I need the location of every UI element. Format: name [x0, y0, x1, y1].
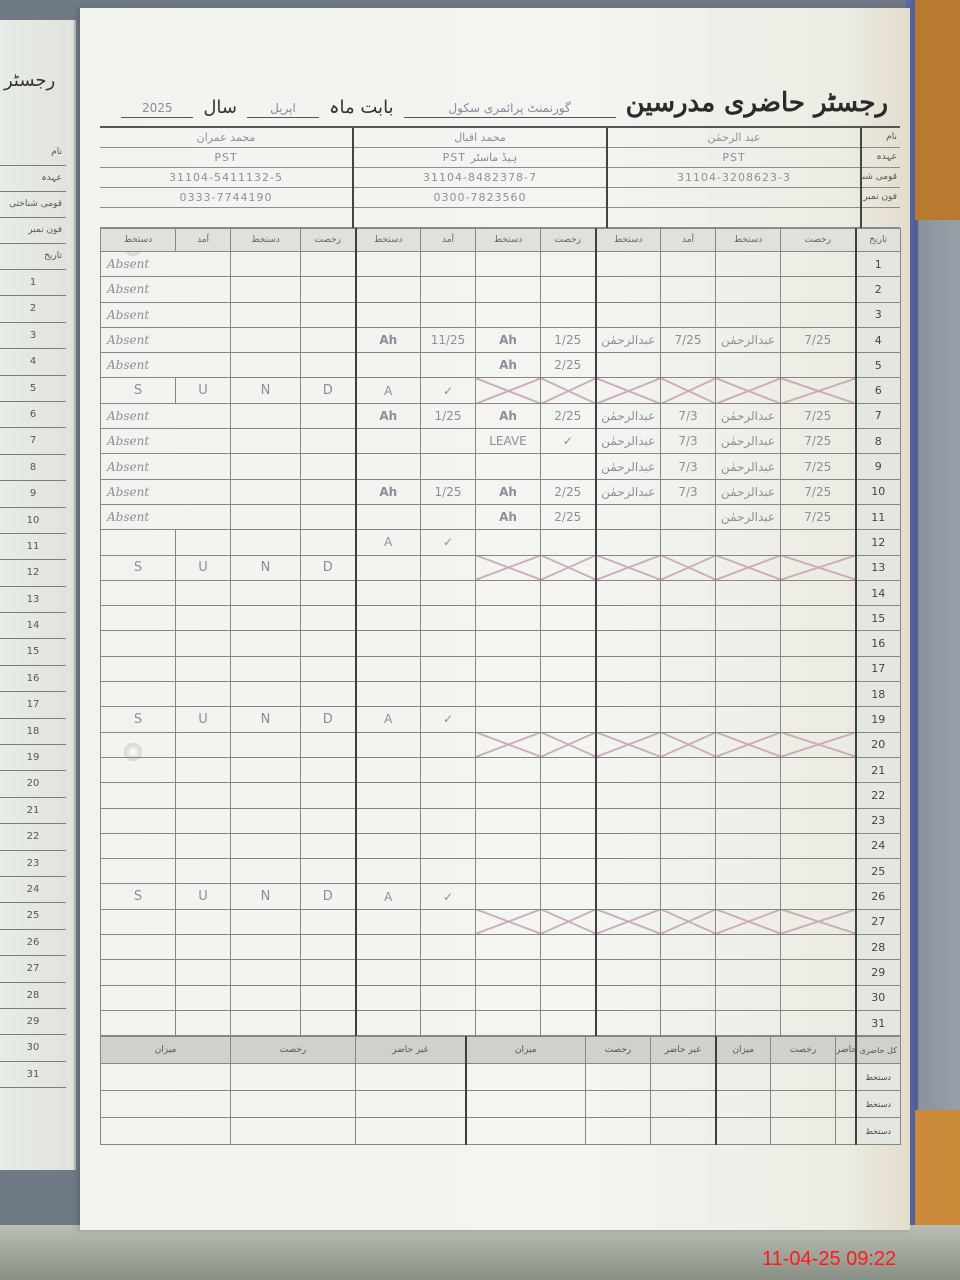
attendance-cell [301, 985, 356, 1010]
attendance-cell [176, 909, 231, 934]
attendance-cell [476, 580, 541, 605]
attendance-cell [596, 960, 661, 985]
column-header: دستخط [356, 229, 421, 252]
attendance-cell: Ah [476, 479, 541, 504]
attendance-cell [661, 783, 716, 808]
attendance-cell [176, 935, 231, 960]
left-page-header-label: نام [0, 140, 66, 166]
attendance-cell [476, 454, 541, 479]
attendance-cell [541, 884, 596, 909]
attendance-cell [716, 833, 781, 858]
sunday-cross-cell [541, 732, 596, 757]
summary-cell [586, 1118, 651, 1145]
attendance-cell [596, 833, 661, 858]
attendance-cell [781, 935, 856, 960]
attendance-cell: 7/3 [661, 403, 716, 428]
attendance-cell [541, 935, 596, 960]
attendance-cell: 7/3 [661, 429, 716, 454]
attendance-cell [476, 985, 541, 1010]
attendance-cell [781, 606, 856, 631]
left-page-day-number: 15 [0, 639, 66, 665]
attendance-cell [176, 833, 231, 858]
attendance-cell [716, 1010, 781, 1035]
attendance-cell: A [356, 530, 421, 555]
attendance-cell [541, 985, 596, 1010]
attendance-cell [661, 833, 716, 858]
attendance-cell [356, 504, 421, 529]
attendance-cell [781, 656, 856, 681]
attendance-cell [356, 935, 421, 960]
attendance-cell [101, 833, 176, 858]
attendance-cell [476, 682, 541, 707]
attendance-cell: 1/25 [421, 403, 476, 428]
day-row: 16 [101, 631, 901, 656]
attendance-cell [781, 682, 856, 707]
attendance-cell [781, 530, 856, 555]
attendance-cell [541, 530, 596, 555]
left-page-day-number: 5 [0, 376, 66, 402]
day-number: 7 [856, 403, 901, 428]
attendance-cell [356, 859, 421, 884]
column-header: رخصت [301, 229, 356, 252]
attendance-cell: Ah [356, 327, 421, 352]
attendance-cell [421, 985, 476, 1010]
attendance-cell [356, 909, 421, 934]
sunday-cross-cell [596, 732, 661, 757]
attendance-cell [781, 859, 856, 884]
attendance-cell [176, 960, 231, 985]
attendance-cell [476, 833, 541, 858]
summary-header: میزان [101, 1037, 231, 1064]
attendance-cell [716, 935, 781, 960]
sunday-mark: U [176, 555, 231, 580]
summary-header: غیر حاضر [651, 1037, 716, 1064]
attendance-cell [716, 757, 781, 782]
left-page-header-label: فون نمبر [0, 218, 66, 244]
summary-row-label: کل حاضری [856, 1037, 901, 1064]
teacher-designation: PST ہیڈ ماسٹر [354, 148, 606, 168]
attendance-cell [421, 631, 476, 656]
day-row: 14 [101, 580, 901, 605]
attendance-cell [541, 277, 596, 302]
day-number: 29 [856, 960, 901, 985]
attendance-cell [421, 302, 476, 327]
attendance-cell [231, 252, 301, 277]
day-row: Absent3 [101, 302, 901, 327]
blank-line [608, 208, 860, 228]
attendance-cell [421, 656, 476, 681]
summary-header: غیر حاضر [836, 1037, 856, 1064]
sunday-cross-cell [781, 732, 856, 757]
attendance-entry: Absent [101, 479, 231, 504]
summary-cell [716, 1118, 771, 1145]
label-cnic: قومی شناختی کارڈ [862, 168, 900, 188]
teacher-info-1: محمد عمران PST 31104-5411132-5 0333-7744… [100, 128, 352, 228]
attendance-cell [356, 682, 421, 707]
attendance-cell [596, 277, 661, 302]
sunday-cross-cell [661, 378, 716, 403]
attendance-cell [596, 808, 661, 833]
label-phone: فون نمبر [862, 188, 900, 208]
left-page-day-number: 21 [0, 798, 66, 824]
day-row: 27 [101, 909, 901, 934]
attendance-cell: A [356, 378, 421, 403]
attendance-cell [176, 985, 231, 1010]
attendance-cell [541, 960, 596, 985]
attendance-cell: ✓ [421, 707, 476, 732]
left-page-day-number: 8 [0, 455, 66, 481]
attendance-cell [781, 707, 856, 732]
attendance-cell: 7/3 [661, 479, 716, 504]
sunday-mark: N [231, 555, 301, 580]
summary-cell [231, 1064, 356, 1091]
left-page-day-number: 29 [0, 1009, 66, 1035]
teacher-phone: 0333-7744190 [100, 188, 352, 208]
summary-cell [836, 1118, 856, 1145]
sunday-mark: U [176, 378, 231, 403]
summary-header: میزان [466, 1037, 586, 1064]
attendance-cell: 7/25 [781, 403, 856, 428]
summary-cell [771, 1091, 836, 1118]
attendance-cell: 2/25 [541, 479, 596, 504]
teacher-info-block: محمد عمران PST 31104-5411132-5 0333-7744… [100, 126, 900, 228]
attendance-cell [476, 1010, 541, 1035]
attendance-cell [596, 504, 661, 529]
attendance-cell [421, 732, 476, 757]
attendance-cell: ✓ [421, 378, 476, 403]
attendance-cell [301, 403, 356, 428]
attendance-cell [301, 859, 356, 884]
attendance-cell [541, 808, 596, 833]
teacher-name: محمد عمران [100, 128, 352, 148]
attendance-cell [716, 302, 781, 327]
attendance-cell [301, 783, 356, 808]
attendance-cell [781, 757, 856, 782]
sunday-mark: N [231, 378, 301, 403]
register-title: رجسٹر حاضری مدرسین [626, 88, 888, 118]
summary-cell [101, 1064, 231, 1091]
register-header: رجسٹر حاضری مدرسین گورنمنٹ پرائمری سکول … [118, 68, 888, 118]
attendance-cell [101, 530, 176, 555]
day-row: AbsentAh2/255 [101, 353, 901, 378]
attendance-cell [541, 606, 596, 631]
attendance-cell: عبدالرحمٰن [596, 429, 661, 454]
attendance-cell [596, 682, 661, 707]
left-page-header-label: قومی شناختی [0, 192, 66, 218]
attendance-cell [781, 302, 856, 327]
day-number: 25 [856, 859, 901, 884]
attendance-cell [356, 631, 421, 656]
summary-cell [651, 1118, 716, 1145]
attendance-cell [301, 656, 356, 681]
attendance-cell [661, 353, 716, 378]
attendance-cell [301, 530, 356, 555]
sunday-cross-cell [596, 378, 661, 403]
attendance-cell [356, 783, 421, 808]
attendance-cell: 2/25 [541, 353, 596, 378]
day-number: 21 [856, 757, 901, 782]
summary-row-label: دستخط [856, 1064, 901, 1091]
attendance-cell [661, 530, 716, 555]
attendance-cell [101, 808, 176, 833]
day-number: 15 [856, 606, 901, 631]
attendance-cell [301, 606, 356, 631]
attendance-cell [231, 808, 301, 833]
attendance-cell [596, 859, 661, 884]
attendance-cell [356, 580, 421, 605]
attendance-cell [421, 1010, 476, 1035]
attendance-cell [176, 1010, 231, 1035]
label-name: نام [862, 128, 900, 148]
left-page-rows: نامعہدہقومی شناختیفون نمبرتاریخ123456789… [0, 140, 66, 1088]
sunday-cross-cell [476, 909, 541, 934]
attendance-cell: ✓ [421, 530, 476, 555]
attendance-cell [716, 884, 781, 909]
summary-cell [651, 1064, 716, 1091]
attendance-cell: ✓ [541, 429, 596, 454]
attendance-cell [231, 833, 301, 858]
attendance-cell [781, 580, 856, 605]
attendance-cell [661, 682, 716, 707]
month-label: بابت ماہ [329, 97, 394, 118]
attendance-cell [716, 859, 781, 884]
attendance-cell [231, 327, 301, 352]
attendance-cell [476, 252, 541, 277]
attendance-cell [716, 656, 781, 681]
day-row: Absentعبدالرحمٰن7/3عبدالرحمٰن7/259 [101, 454, 901, 479]
attendance-cell: عبدالرحمٰن [716, 327, 781, 352]
attendance-cell [101, 580, 176, 605]
day-row: 25 [101, 859, 901, 884]
summary-cell [356, 1064, 466, 1091]
attendance-cell [301, 277, 356, 302]
left-page-day-number: 9 [0, 481, 66, 507]
day-row: 17 [101, 656, 901, 681]
sunday-cross-cell [781, 555, 856, 580]
summary-header: غیر حاضر [356, 1037, 466, 1064]
blank-line [354, 208, 606, 228]
attendance-cell [356, 302, 421, 327]
attendance-cell [661, 631, 716, 656]
blank-line [100, 208, 352, 228]
summary-cell [716, 1091, 771, 1118]
attendance-cell [356, 429, 421, 454]
attendance-cell: Ah [476, 403, 541, 428]
attendance-cell [596, 530, 661, 555]
sunday-mark: S [101, 884, 176, 909]
attendance-cell: 7/25 [781, 327, 856, 352]
left-page-day-number: 18 [0, 719, 66, 745]
attendance-cell [301, 909, 356, 934]
summary-header: میزان [716, 1037, 771, 1064]
attendance-cell: Ah [356, 479, 421, 504]
attendance-cell [301, 732, 356, 757]
day-number: 2 [856, 277, 901, 302]
attendance-cell [231, 454, 301, 479]
attendance-table: دستخطآمددستخطرخصتدستخطآمددستخطرخصتدستخطآ… [100, 228, 901, 1036]
attendance-cell [781, 808, 856, 833]
sunday-mark: D [301, 555, 356, 580]
attendance-cell [541, 252, 596, 277]
attendance-cell [231, 429, 301, 454]
attendance-cell: عبدالرحمٰن [596, 454, 661, 479]
sunday-mark: D [301, 707, 356, 732]
day-row: 30 [101, 985, 901, 1010]
sunday-cross-cell [661, 555, 716, 580]
sunday-mark: S [101, 378, 176, 403]
teacher-phone [608, 188, 860, 208]
summary-row: دستخط [101, 1118, 901, 1145]
attendance-cell [661, 707, 716, 732]
attendance-cell [356, 1010, 421, 1035]
attendance-cell [661, 504, 716, 529]
attendance-cell [356, 252, 421, 277]
day-number: 4 [856, 327, 901, 352]
attendance-cell [231, 783, 301, 808]
attendance-cell [101, 935, 176, 960]
sunday-cross-cell [596, 909, 661, 934]
attendance-cell [301, 353, 356, 378]
summary-cell [466, 1118, 586, 1145]
attendance-cell [421, 783, 476, 808]
attendance-cell: A [356, 707, 421, 732]
attendance-cell [421, 454, 476, 479]
sunday-cross-cell [541, 909, 596, 934]
attendance-cell [176, 580, 231, 605]
attendance-cell [176, 682, 231, 707]
attendance-cell [176, 783, 231, 808]
attendance-entry: Absent [101, 327, 231, 352]
attendance-cell [231, 530, 301, 555]
sunday-mark: N [231, 707, 301, 732]
attendance-cell [421, 833, 476, 858]
column-header: آمد [421, 229, 476, 252]
summary-cell [586, 1064, 651, 1091]
attendance-cell [301, 302, 356, 327]
attendance-cell: 2/25 [541, 403, 596, 428]
day-row: SUNDA✓19 [101, 707, 901, 732]
attendance-entry: Absent [101, 302, 231, 327]
attendance-cell [356, 757, 421, 782]
attendance-cell [301, 935, 356, 960]
left-page-day-number: 1 [0, 270, 66, 296]
attendance-cell [661, 277, 716, 302]
attendance-cell [781, 833, 856, 858]
left-page-day-number: 12 [0, 560, 66, 586]
attendance-cell [661, 757, 716, 782]
attendance-entry: Absent [101, 454, 231, 479]
day-number: 26 [856, 884, 901, 909]
attendance-cell [101, 656, 176, 681]
attendance-cell [476, 935, 541, 960]
attendance-cell: عبدالرحمٰن [716, 504, 781, 529]
attendance-entry: Absent [101, 353, 231, 378]
attendance-cell [476, 859, 541, 884]
attendance-cell [661, 935, 716, 960]
left-page-day-number: 17 [0, 692, 66, 718]
attendance-cell [356, 277, 421, 302]
camera-timestamp: 11-04-25 09:22 [762, 1248, 896, 1271]
day-row: Absent1 [101, 252, 901, 277]
attendance-cell [781, 631, 856, 656]
day-number: 22 [856, 783, 901, 808]
day-number: 30 [856, 985, 901, 1010]
attendance-cell [541, 656, 596, 681]
day-number: 10 [856, 479, 901, 504]
attendance-cell: 7/25 [781, 479, 856, 504]
attendance-cell: 7/3 [661, 454, 716, 479]
column-header-row: دستخطآمددستخطرخصتدستخطآمددستخطرخصتدستخطآ… [101, 229, 901, 252]
sunday-cross-cell [476, 732, 541, 757]
teacher-cnic: 31104-5411132-5 [100, 168, 352, 188]
day-number: 5 [856, 353, 901, 378]
summary-cell [586, 1091, 651, 1118]
info-row-labels: نام عہدہ قومی شناختی کارڈ فون نمبر [860, 128, 900, 228]
day-number: 23 [856, 808, 901, 833]
left-page-header-label: تاریخ [0, 244, 66, 270]
day-row: AbsentAh11/25Ah1/25عبدالرحمٰن7/25عبدالرح… [101, 327, 901, 352]
attendance-cell [596, 985, 661, 1010]
attendance-cell [661, 252, 716, 277]
sunday-cross-cell [661, 909, 716, 934]
teacher-info-3: عبد الرحمٰن PST 31104-3208623-3 [606, 128, 860, 228]
summary-header: رخصت [771, 1037, 836, 1064]
attendance-cell [301, 682, 356, 707]
attendance-cell [716, 960, 781, 985]
left-page-day-number: 13 [0, 587, 66, 613]
left-page-title: رجسٹر [4, 70, 55, 91]
attendance-cell [476, 530, 541, 555]
sunday-cross-cell [716, 555, 781, 580]
attendance-cell [781, 960, 856, 985]
sunday-cross-cell [716, 378, 781, 403]
attendance-cell [716, 277, 781, 302]
attendance-cell [596, 606, 661, 631]
day-row: SUNDA✓26 [101, 884, 901, 909]
summary-cell [466, 1064, 586, 1091]
attendance-cell [301, 429, 356, 454]
attendance-cell [356, 808, 421, 833]
attendance-cell [301, 757, 356, 782]
attendance-cell [596, 707, 661, 732]
attendance-cell [301, 808, 356, 833]
attendance-cell [176, 631, 231, 656]
attendance-entry: Absent [101, 429, 231, 454]
attendance-cell: 1/25 [421, 479, 476, 504]
sunday-mark: U [176, 707, 231, 732]
attendance-cell: عبدالرحمٰن [716, 479, 781, 504]
teacher-info-2: محمد اقبال PST ہیڈ ماسٹر 31104-8482378-7… [352, 128, 606, 228]
attendance-cell [421, 277, 476, 302]
summary-header: رخصت [586, 1037, 651, 1064]
left-page-day-number: 25 [0, 903, 66, 929]
day-row: 22 [101, 783, 901, 808]
day-row: AbsentAh1/25Ah2/25عبدالرحمٰن7/3عبدالرحمٰ… [101, 479, 901, 504]
attendance-cell [301, 479, 356, 504]
attendance-cell [596, 935, 661, 960]
left-page-day-number: 19 [0, 745, 66, 771]
day-number: 12 [856, 530, 901, 555]
attendance-cell [596, 656, 661, 681]
day-number: 3 [856, 302, 901, 327]
attendance-cell [356, 985, 421, 1010]
day-number: 6 [856, 378, 901, 403]
attendance-cell [661, 580, 716, 605]
left-page-day-number: 30 [0, 1035, 66, 1061]
day-row: 24 [101, 833, 901, 858]
attendance-cell: Ah [356, 403, 421, 428]
day-number: 8 [856, 429, 901, 454]
